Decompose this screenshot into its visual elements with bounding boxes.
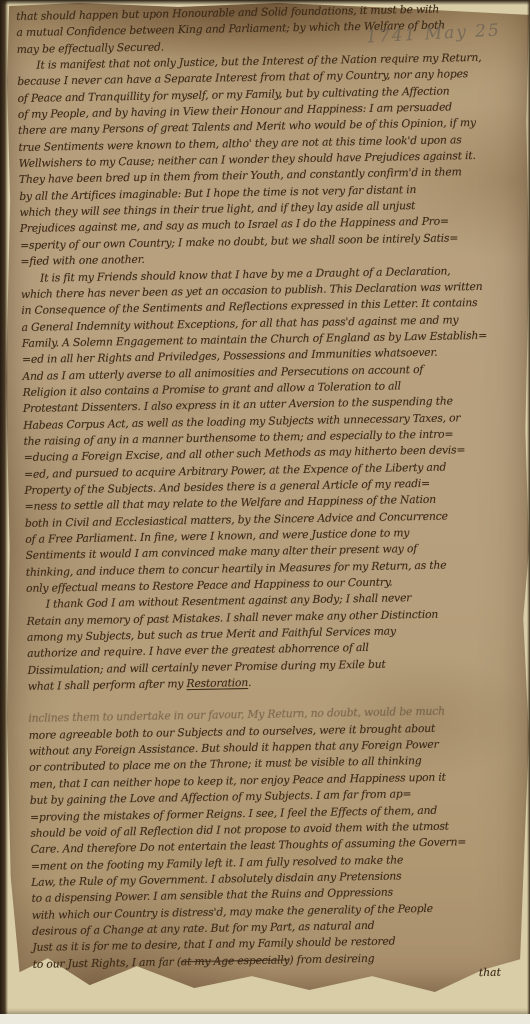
letter-text: that should happen but upon Honourable a… — [16, 0, 530, 1024]
letter-continuation-section: inclines them to undertake in our favour… — [28, 702, 530, 972]
manuscript-scan: 1741 May 25 that should happen but upon … — [0, 0, 530, 1024]
letter-body-section: that should happen but upon Honourable a… — [16, 0, 530, 695]
binding-edge-shadow — [0, 0, 8, 1024]
